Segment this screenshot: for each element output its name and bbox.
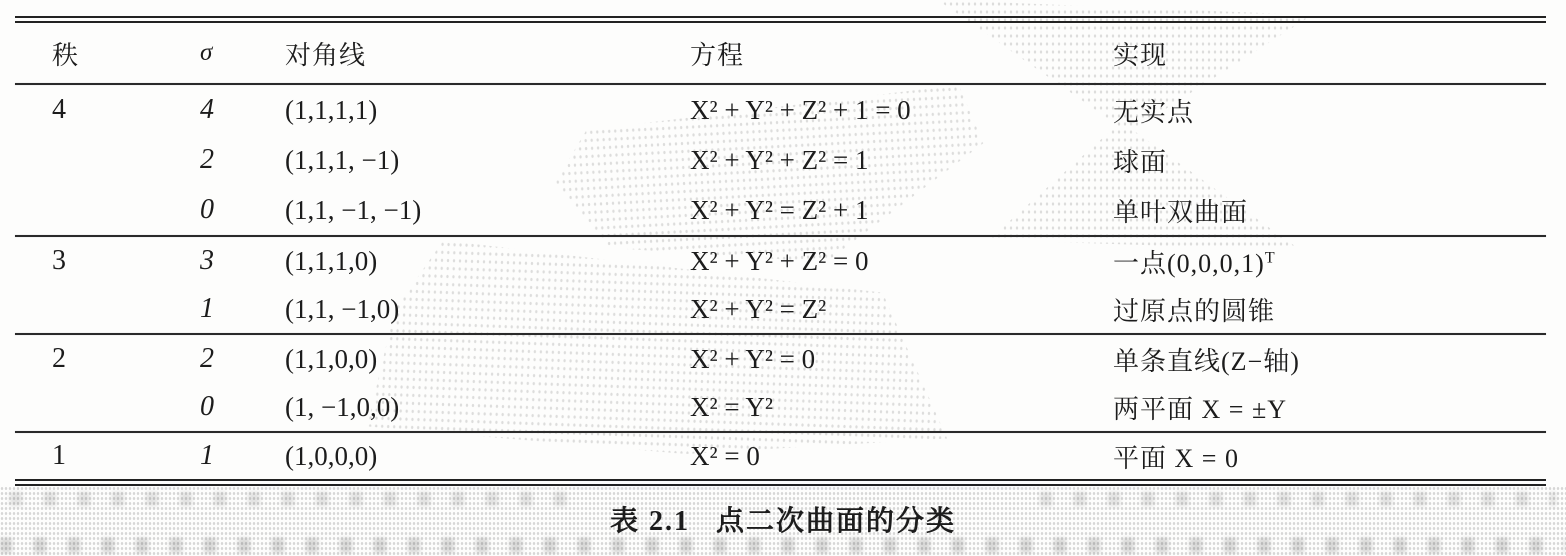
cell-realization: 无实点 (1113, 92, 1546, 129)
cell-realization: 单条直线(Z−轴) (1113, 341, 1546, 378)
rank-4-group: 4 4 (1,1,1,1) X² + Y² + Z² + 1 = 0 无实点 2… (15, 85, 1546, 235)
cell-rank: 1 (15, 440, 200, 472)
cell-sigma: 2 (200, 144, 285, 176)
table-header-row: 秩 σ 对角线 方程 实现 (15, 23, 1546, 83)
scan-bleedthrough-smudge (0, 538, 1566, 553)
cell-equation: X² + Y² = 0 (690, 344, 1113, 375)
cell-equation: X² + Y² + Z² = 1 (690, 145, 1113, 176)
cell-rank: 3 (15, 245, 200, 277)
cell-realization: 球面 (1113, 142, 1546, 179)
caption-title: 点二次曲面的分类 (716, 506, 956, 537)
header-separator-rule (15, 83, 1546, 85)
table-bottom-rule (15, 479, 1546, 486)
cell-equation: X² + Y² + Z² = 0 (690, 246, 1113, 277)
cell-realization: 单叶双曲面 (1113, 192, 1546, 229)
header-cell-realization: 实现 (1113, 35, 1546, 72)
cell-equation: X² = 0 (690, 441, 1113, 472)
table-row: 0 (1,1, −1, −1) X² + Y² = Z² + 1 单叶双曲面 (15, 185, 1546, 235)
cell-sigma: 1 (200, 293, 285, 325)
table-row: 2 (1,1,1, −1) X² + Y² + Z² = 1 球面 (15, 135, 1546, 185)
cell-sigma: 0 (200, 194, 285, 226)
cell-equation: X² + Y² = Z² + 1 (690, 195, 1113, 226)
header-cell-rank: 秩 (15, 35, 200, 72)
cell-diagonal: (1,1,1,0) (285, 246, 690, 277)
cell-equation: X² = Y² (690, 392, 1113, 423)
cell-sigma: 4 (200, 94, 285, 126)
cell-rank: 2 (15, 343, 200, 375)
classification-table: 秩 σ 对角线 方程 实现 4 4 (1,1,1,1) X² + Y² + Z²… (15, 0, 1546, 486)
scanned-book-page: 秩 σ 对角线 方程 实现 4 4 (1,1,1,1) X² + Y² + Z²… (0, 0, 1566, 556)
cell-diagonal: (1, −1,0,0) (285, 392, 690, 423)
cell-diagonal: (1,1,1, −1) (285, 145, 690, 176)
group-separator-rule (15, 431, 1546, 433)
cell-diagonal: (1,1,1,1) (285, 95, 690, 126)
cell-realization: 平面 X = 0 (1113, 438, 1546, 475)
cell-equation: X² + Y² = Z² (690, 294, 1113, 325)
table-row: 0 (1, −1,0,0) X² = Y² 两平面 X = ±Y (15, 383, 1546, 431)
rank-3-group: 3 3 (1,1,1,0) X² + Y² + Z² = 0 一点(0,0,0,… (15, 237, 1546, 333)
header-cell-diagonal: 对角线 (285, 35, 690, 72)
cell-rank: 4 (15, 94, 200, 126)
cell-diagonal: (1,1,0,0) (285, 344, 690, 375)
table-caption: 表 2.1点二次曲面的分类 (0, 499, 1566, 539)
table-row: 2 2 (1,1,0,0) X² + Y² = 0 单条直线(Z−轴) (15, 335, 1546, 383)
rank-1-group: 1 1 (1,0,0,0) X² = 0 平面 X = 0 (15, 433, 1546, 479)
cell-sigma: 1 (200, 440, 285, 472)
cell-realization: 过原点的圆锥 (1113, 291, 1546, 328)
table-top-rule (15, 16, 1546, 23)
cell-sigma: 3 (200, 245, 285, 277)
group-separator-rule (15, 235, 1546, 237)
table-row: 1 1 (1,0,0,0) X² = 0 平面 X = 0 (15, 433, 1546, 479)
realization-text: 一点(0,0,0,1) (1113, 249, 1265, 278)
cell-sigma: 2 (200, 343, 285, 375)
transpose-superscript: T (1265, 249, 1276, 266)
group-separator-rule (15, 333, 1546, 335)
table-row: 3 3 (1,1,1,0) X² + Y² + Z² = 0 一点(0,0,0,… (15, 237, 1546, 285)
cell-sigma: 0 (200, 391, 285, 423)
table-row: 4 4 (1,1,1,1) X² + Y² + Z² + 1 = 0 无实点 (15, 85, 1546, 135)
table-row: 1 (1,1, −1,0) X² + Y² = Z² 过原点的圆锥 (15, 285, 1546, 333)
header-cell-sigma: σ (200, 39, 285, 67)
cell-realization: 一点(0,0,0,1)T (1113, 243, 1546, 280)
cell-diagonal: (1,1, −1,0) (285, 294, 690, 325)
cell-realization: 两平面 X = ±Y (1113, 389, 1546, 426)
rank-2-group: 2 2 (1,1,0,0) X² + Y² = 0 单条直线(Z−轴) 0 (1… (15, 335, 1546, 431)
cell-diagonal: (1,0,0,0) (285, 441, 690, 472)
cell-diagonal: (1,1, −1, −1) (285, 195, 690, 226)
caption-label: 表 2.1 (610, 506, 690, 537)
header-cell-equation: 方程 (690, 35, 1113, 72)
cell-equation: X² + Y² + Z² + 1 = 0 (690, 95, 1113, 126)
